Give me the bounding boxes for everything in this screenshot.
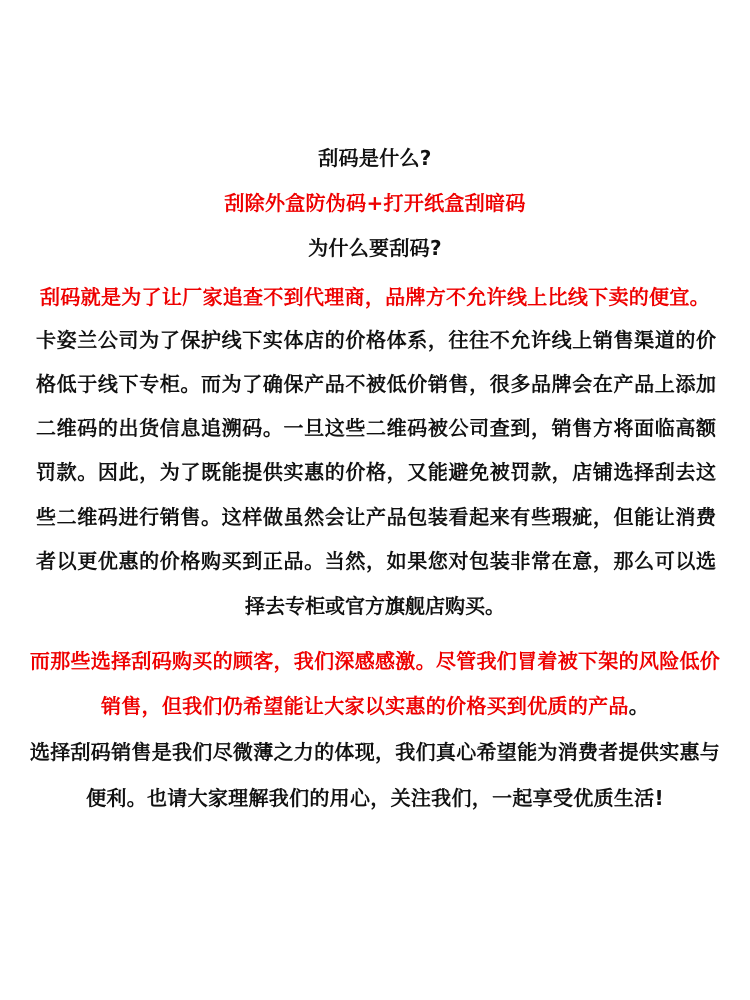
closing-line: 便利。也请大家理解我们的用心，关注我们，一起享受优质生活! bbox=[0, 783, 750, 813]
explanation-line: 者以更优惠的价格购买到正品。当然，如果您对包装非常在意，那么可以选 bbox=[36, 546, 716, 576]
heading-why-scratch-code: 为什么要刮码? bbox=[0, 233, 750, 263]
explanation-line: 格低于线下专柜。而为了确保产品不被低价销售，很多品牌会在产品上添加 bbox=[36, 369, 716, 399]
explanation-line: 罚款。因此，为了既能提供实惠的价格，又能避免被罚款，店铺选择刮去这 bbox=[36, 457, 716, 487]
reason-highlight: 刮码就是为了让厂家追查不到代理商，品牌方不允许线上比线下卖的便宜。 bbox=[0, 282, 750, 312]
closing-line: 选择刮码销售是我们尽微薄之力的体现，我们真心希望能为消费者提供实惠与 bbox=[0, 737, 750, 767]
gratitude-line: 而那些选择刮码购买的顾客，我们深感感激。尽管我们冒着被下架的风险低价 bbox=[0, 646, 750, 676]
heading-what-is-scratch-code: 刮码是什么? bbox=[0, 143, 750, 173]
gratitude-line-wrapper: 销售，但我们仍希望能让大家以实惠的价格买到优质的产品。 bbox=[0, 691, 750, 721]
gratitude-trailing-period: 。 bbox=[629, 694, 649, 718]
heading-answer-scratch-method: 刮除外盒防伪码+打开纸盒刮暗码 bbox=[0, 188, 750, 218]
explanation-line: 二维码的出货信息追溯码。一旦这些二维码被公司查到，销售方将面临高额 bbox=[36, 413, 716, 443]
explanation-line: 些二维码进行销售。这样做虽然会让产品包装看起来有些瑕疵，但能让消费 bbox=[36, 502, 716, 532]
explanation-line: 择去专柜或官方旗舰店购买。 bbox=[0, 591, 750, 621]
gratitude-line: 销售，但我们仍希望能让大家以实惠的价格买到优质的产品 bbox=[101, 694, 629, 718]
explanation-line: 卡姿兰公司为了保护线下实体店的价格体系，往往不允许线上销售渠道的价 bbox=[36, 325, 716, 355]
